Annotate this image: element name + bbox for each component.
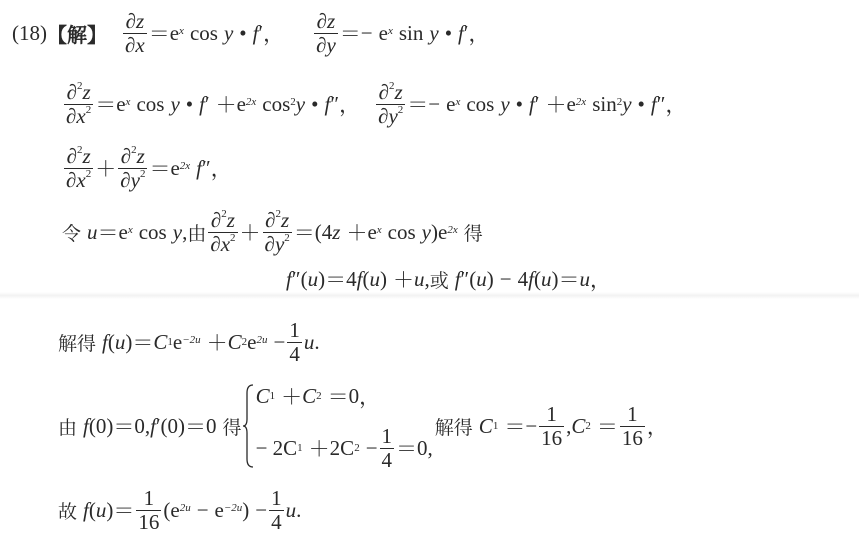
line-initial-conditions: 由 f (0) ＝0 , f′ (0) ＝0 得 C1 ＋ C2 ＝0 ， − …	[58, 378, 668, 474]
line-first-partials: (18) 【解】 ∂z ∂x ＝ ex cosy •f′ ， ∂z ∂y ＝− …	[12, 8, 489, 58]
fraction-dz-dx: ∂z ∂x	[123, 10, 147, 55]
line-substitution: 令 u ＝ ex cosy , 由 ∂2z ∂x2 ＋ ∂2z ∂y2 ＝ (4…	[62, 206, 483, 258]
fraction-one-sixteenth: 1 16	[539, 403, 564, 448]
line-laplacian: ∂2z ∂x2 ＋ ∂2z ∂y2 ＝ e2x f″ ，	[62, 142, 232, 194]
line-general-solution: 解得 f (u) ＝ C1 e−2u ＋ C2 e2u − 1 4 u.	[58, 316, 320, 368]
left-brace-icon	[242, 383, 254, 469]
fraction-one-quarter: 1 4	[380, 425, 395, 470]
fraction-one-quarter: 1 4	[269, 487, 284, 532]
fraction-one-sixteenth: 1 16	[136, 487, 161, 532]
fraction-d2z-dy2: ∂2z ∂y2	[263, 209, 292, 254]
fraction-d2z-dy2: ∂2z ∂y2	[376, 81, 405, 126]
fraction-d2z-dx2: ∂2z ∂x2	[64, 81, 93, 126]
equation-system: C1 ＋ C2 ＝0 ， − 2C1 ＋ 2C2 − 1 4 ＝0 ,	[256, 381, 433, 470]
line-ode: f″ (u) ＝ 4f (u) ＋ u , 或 f″ (u) − 4f (u) …	[286, 264, 611, 294]
fraction-d2z-dx2: ∂2z ∂x2	[208, 209, 237, 254]
fraction-dz-dy: ∂z ∂y	[314, 10, 338, 55]
fraction-d2z-dy2: ∂2z ∂y2	[118, 145, 147, 190]
line-final-result: 故 f (u) ＝ 1 16 ( e2u − e−2u ) − 1 4 u.	[58, 484, 301, 536]
page-seam-divider	[0, 292, 859, 299]
line-second-partials: ∂2z ∂x2 ＝ ex cosy •f′ ＋ e2x cos2y •f″ ， …	[62, 78, 686, 130]
fraction-d2z-dx2: ∂2z ∂x2	[64, 145, 93, 190]
problem-number: (18)	[12, 21, 47, 46]
solution-label: 【解】	[47, 19, 107, 48]
fraction-one-quarter: 1 4	[287, 319, 302, 364]
fraction-one-sixteenth: 1 16	[620, 403, 645, 448]
